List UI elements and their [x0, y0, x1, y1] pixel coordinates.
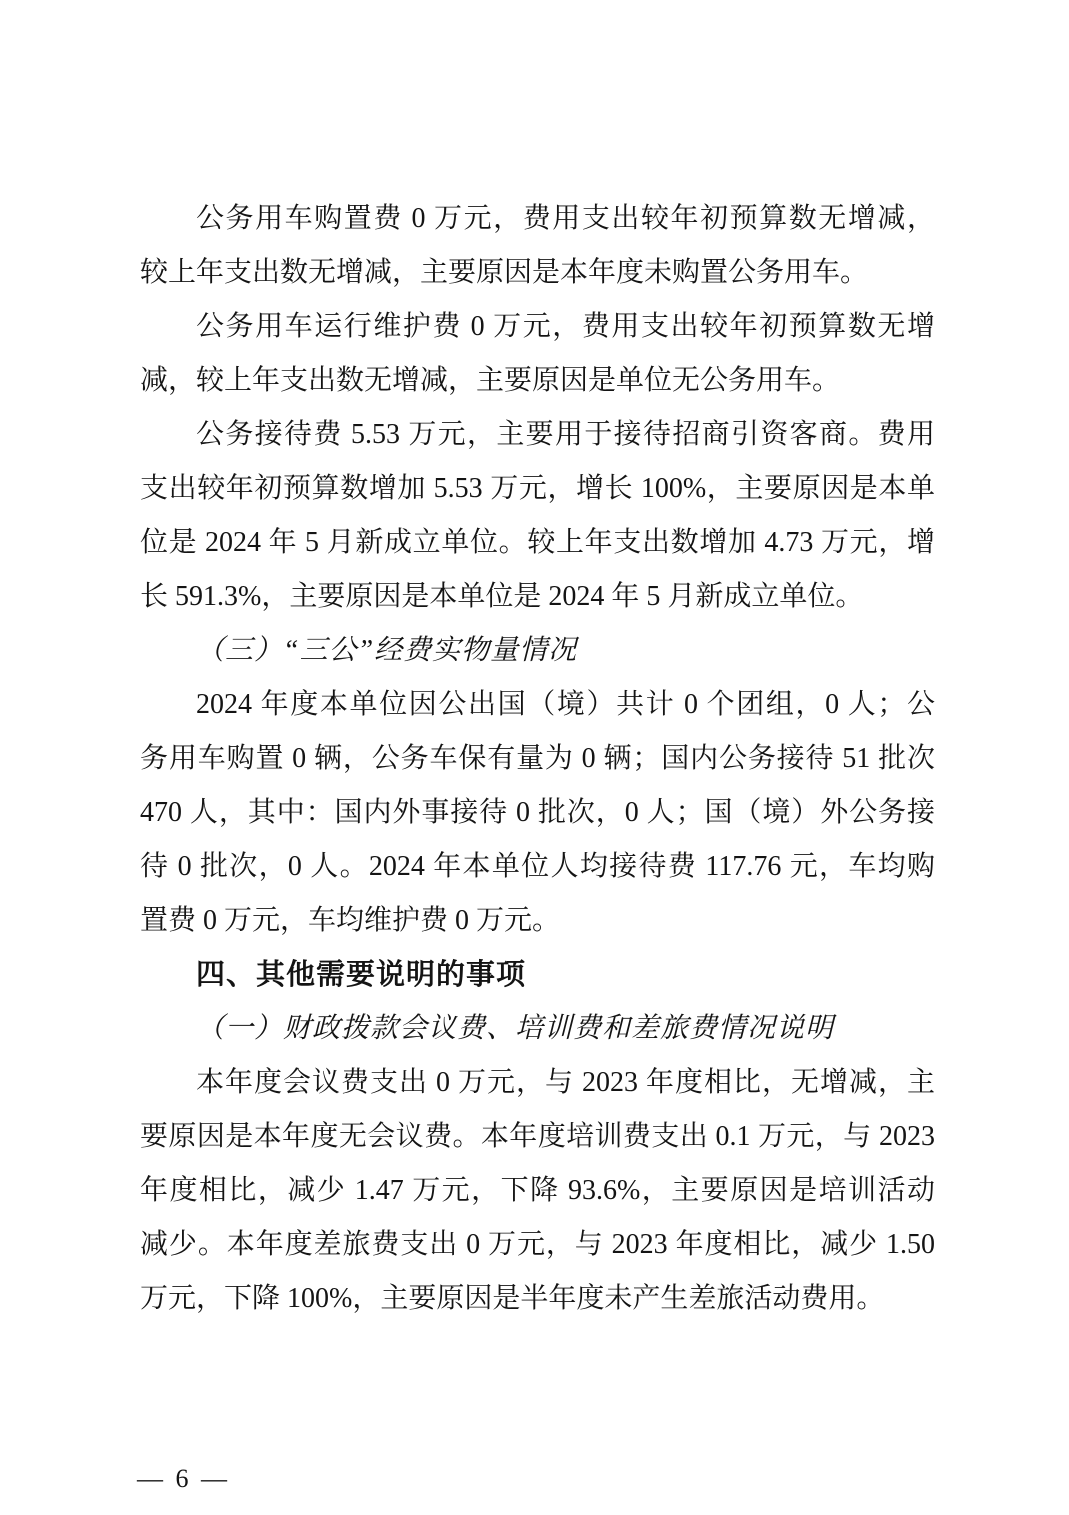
document-page: 公务用车购置费 0 万元，费用支出较年初预算数无增减， 较上年支出数无增减，主要… — [0, 0, 1069, 1515]
paragraph-line: 支出较年初预算数增加 5.53 万元，增长 100%，主要原因是本单 — [140, 462, 935, 516]
paragraph-line: 长 591.3%，主要原因是本单位是 2024 年 5 月新成立单位。 — [140, 570, 935, 624]
paragraph-line: 2024 年度本单位因公出国（境）共计 0 个团组，0 人；公 — [140, 678, 935, 732]
paragraph-line: 年度相比，减少 1.47 万元，下降 93.6%，主要原因是培训活动 — [140, 1164, 935, 1218]
paragraph-line: 位是 2024 年 5 月新成立单位。较上年支出数增加 4.73 万元，增 — [140, 516, 935, 570]
paragraph-line: 本年度会议费支出 0 万元，与 2023 年度相比，无增减，主 — [140, 1056, 935, 1110]
paragraph-line: 较上年支出数无增减，主要原因是本年度未购置公务用车。 — [140, 246, 935, 300]
paragraph-line: 务用车购置 0 辆，公务车保有量为 0 辆；国内公务接待 51 批次 — [140, 732, 935, 786]
paragraph-line: 公务用车运行维护费 0 万元，费用支出较年初预算数无增 — [140, 300, 935, 354]
paragraph-line: 万元，下降 100%，主要原因是半年度未产生差旅活动费用。 — [140, 1272, 935, 1326]
paragraph-line: 待 0 批次，0 人。2024 年本单位人均接待费 117.76 元，车均购 — [140, 840, 935, 894]
paragraph-line: 减少。本年度差旅费支出 0 万元，与 2023 年度相比，减少 1.50 — [140, 1218, 935, 1272]
heading-subsection-1: （一）财政拨款会议费、培训费和差旅费情况说明 — [140, 1002, 935, 1056]
paragraph-line: 470 人，其中：国内外事接待 0 批次，0 人；国（境）外公务接 — [140, 786, 935, 840]
heading-section-3: （三）“三公”经费实物量情况 — [140, 624, 935, 678]
text-block: 公务用车购置费 0 万元，费用支出较年初预算数无增减， 较上年支出数无增减，主要… — [140, 192, 935, 1326]
paragraph-line: 公务接待费 5.53 万元，主要用于接待招商引资客商。费用 — [140, 408, 935, 462]
paragraph-line: 要原因是本年度无会议费。本年度培训费支出 0.1 万元，与 2023 — [140, 1110, 935, 1164]
paragraph-line: 公务用车购置费 0 万元，费用支出较年初预算数无增减， — [140, 192, 935, 246]
page-number: — 6 — — [137, 1462, 230, 1496]
paragraph-line: 减，较上年支出数无增减，主要原因是单位无公务用车。 — [140, 354, 935, 408]
heading-section-4: 四、其他需要说明的事项 — [140, 948, 935, 1002]
paragraph-line: 置费 0 万元，车均维护费 0 万元。 — [140, 894, 935, 948]
